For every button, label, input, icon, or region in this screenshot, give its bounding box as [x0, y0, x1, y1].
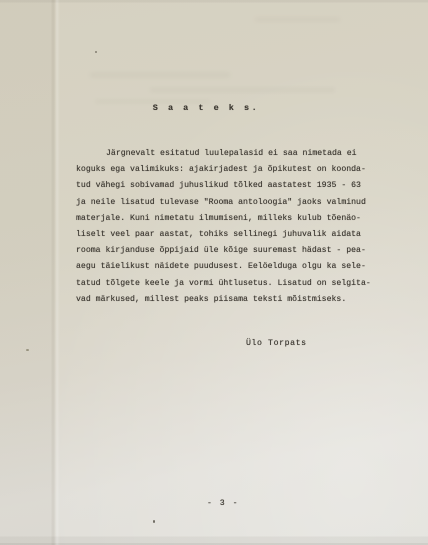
- body-paragraph: Järgnevalt esitatud luulepalasid ei saa …: [76, 146, 386, 308]
- paragraph-line: materjale. Kuni nimetatu ilmumiseni, mil…: [76, 211, 386, 227]
- paragraph-line: aegu täielikust näidete puudusest. Eelöe…: [76, 259, 386, 275]
- ink-bleedthrough-smudge: [255, 18, 340, 21]
- paper-speck: [95, 51, 97, 53]
- paragraph-line: koguks ega valimikuks: ajakirjadest ja õ…: [76, 162, 386, 178]
- page-number: - 3 -: [0, 499, 428, 508]
- paper-speck: [153, 520, 155, 523]
- paragraph-line: liselt veel paar aastat, tohiks sellineg…: [76, 227, 386, 243]
- page-title: S a a t e k s.: [0, 103, 428, 113]
- paragraph-line: tud vähegi sobivamad juhuslikud tõlked a…: [76, 178, 386, 194]
- paragraph-line: ja neile lisatud tulevase "Rooma antoloo…: [76, 195, 386, 211]
- ink-bleedthrough-smudge: [150, 88, 335, 92]
- paragraph-line: rooma kirjanduse õppijaid üle kõige suur…: [76, 243, 386, 259]
- paper-speck: [26, 349, 29, 351]
- ink-bleedthrough-smudge: [90, 73, 230, 77]
- author-signature: Ülo Torpats: [246, 339, 307, 348]
- paragraph-line: tatud tõlgete keele ja vormi ühtlusetus.…: [76, 276, 386, 292]
- scanned-document-page: S a a t e k s. Järgnevalt esitatud luule…: [0, 0, 428, 545]
- paragraph-line: vad märkused, millest peaks piisama teks…: [76, 292, 386, 308]
- paragraph-line: Järgnevalt esitatud luulepalasid ei saa …: [76, 146, 386, 162]
